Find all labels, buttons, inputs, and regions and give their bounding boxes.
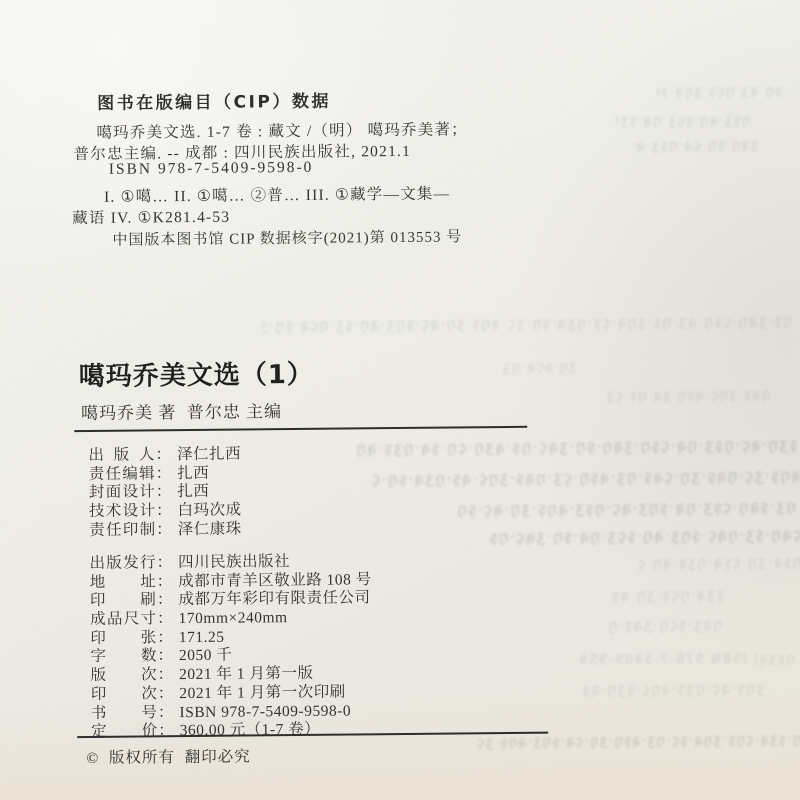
bleedthrough-line: ŋş·ʒąŋ·çşŋ·ąʒ·ŋş·ʒŋą·çş·ŋʒą·şŋ·ʒç·ąŋş·ʒŋ… xyxy=(262,314,792,333)
colophon-group-1: 出版人：泽仁扎西 责任编辑：扎西 封面设计：扎西 技术设计：白玛次成 责任印制：… xyxy=(88,439,509,536)
bleedthrough-line: ŋşą·ʒŋ·çşą·ŋʒş·ąŋ·ç xyxy=(567,555,800,571)
cip-record-line-1: 噶玛乔美文选. 1-7 卷 : 藏文 /（明） 噶玛乔美著； xyxy=(96,117,468,143)
book-title: 噶玛乔美文选（1） xyxy=(79,354,314,393)
colophon-row: 责任印制：泽仁康珠 xyxy=(89,514,509,537)
cip-isbn-line: ISBN 978-7-5409-9598-0 xyxy=(109,159,314,179)
page-sheet: şŋ·ąʒ·ŋçş·ʒŋą·şŋ ŋşʒ·ąŋ·şçʒ·ŋą·şʒŋ·ą ʒąŋ… xyxy=(0,0,800,800)
book-authors: 噶玛乔美 著 普尔忠 主编 xyxy=(81,397,282,424)
cip-classification-line-1: I. ①噶… II. ①噶… ②普… III. ①藏学—文集— xyxy=(104,182,450,207)
divider-rule-top xyxy=(74,426,527,432)
bleedthrough-line: şʒą·ŋçş·ʒŋ·ąş xyxy=(574,588,724,603)
book-copyright-page-photo: şŋ·ąʒ·ŋçş·ʒŋą·şŋ ŋşʒ·ąŋ·şçʒ·ŋą·şʒŋ·ą ʒąŋ… xyxy=(0,0,800,800)
bleedthrough-line: ŋąş·ʒŋç·ąşŋ·ʒą·ŋş·çʒ xyxy=(575,388,770,403)
bleedthrough-line: şŋ·ąʒ·ŋçş·ʒŋą·şŋ xyxy=(657,84,782,98)
bleedthrough-line: ŋşʒą| ISBN 978-7-5409-9598-0 xyxy=(579,652,794,667)
colophon-label: 责任印制 xyxy=(89,517,155,540)
colophon-group-2: 出版发行：四川民族出版社 地址：成都市青羊区敬业路 108 号 印刷：成都万年彩… xyxy=(89,547,551,738)
bleedthrough-line: ŋşʒ·ąŋ·şçʒ·ŋą·şʒŋ·ą xyxy=(615,114,750,128)
colophon-value: 泽仁康珠 xyxy=(178,516,242,539)
cip-registry-line: 中国版本图书馆 CIP 数据核字(2021)第 013553 号 xyxy=(112,225,462,249)
bleedthrough-line: ŋąʒ·şçŋ·ʒąş·ŋ xyxy=(570,618,722,633)
bleedthrough-line: ŋ·şʒą·çŋş·ʒŋą·şç·ŋʒ·ąşŋ·ʒŋ·çą·şŋʒ·ąŋş·ʒç xyxy=(431,733,800,750)
cip-header: 图书在版编目（CIP）数据 xyxy=(97,87,331,114)
bleedthrough-line: ʒąŋ·şŋ·çą·ŋşʒ·ąŋ xyxy=(634,139,759,153)
copyright-notice: © 版权所有 翻印必究 xyxy=(86,744,250,768)
colophon-value: 成都万年彩印有限责任公司 xyxy=(178,586,370,610)
colophon-value: 170mm×240mm xyxy=(179,609,288,628)
colophon-colon: ： xyxy=(156,517,172,539)
cip-classification-line-2: 藏语 IV. ①K281.4-53 xyxy=(72,205,230,229)
bleedthrough-line: ʒŋ·şçą·ŋʒ xyxy=(492,360,577,374)
colophon-value: 2021 年 1 月第一次印刷 xyxy=(179,679,346,703)
